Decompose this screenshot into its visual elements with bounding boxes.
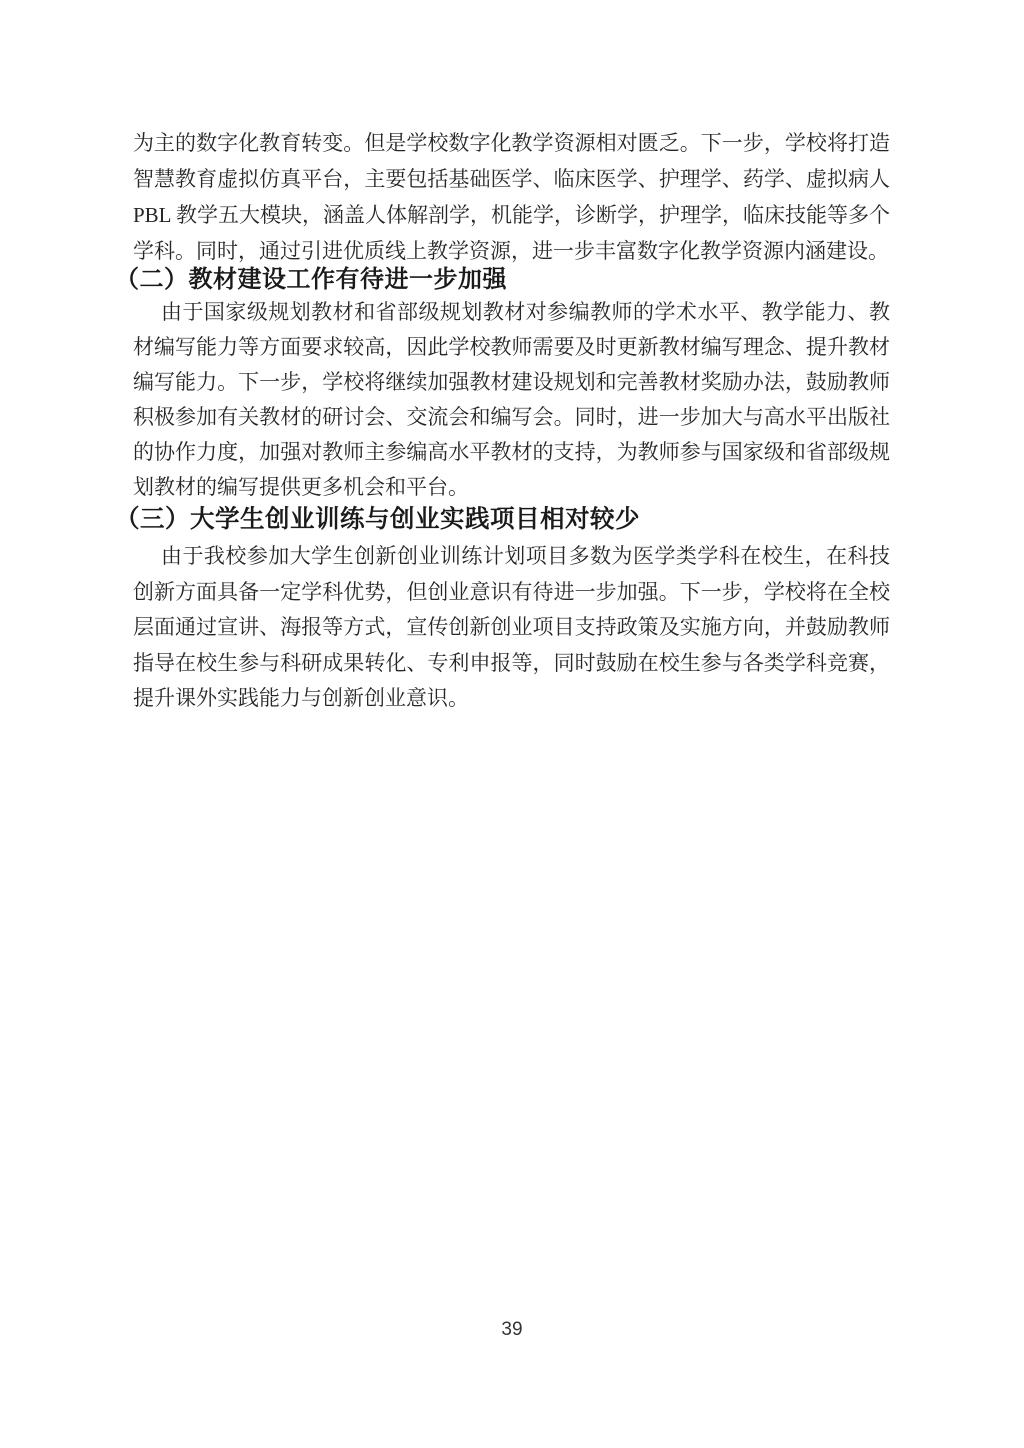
paragraph-line: 材编写能力等方面要求较高，因此学校教师需要及时更新教材编写理念、提升教材 (133, 330, 890, 365)
paragraph-entrepreneurship-projects: 由于我校参加大学生创新创业训练计划项目多数为医学类学科在校生，在科技 创新方面具… (133, 539, 890, 717)
paragraph-line: 为主的数字化教育转变。但是学校数字化教学资源相对匮乏。下一步，学校将打造 (133, 125, 890, 161)
paragraph-line: 层面通过宣讲、海报等方式，宣传创新创业项目支持政策及实施方向，并鼓励教师 (133, 610, 890, 646)
paragraph-line: 指导在校生参与科研成果转化、专利申报等，同时鼓励在校生参与各类学科竞赛， (133, 646, 890, 682)
section-heading-textbook-construction: （二）教材建设工作有待进一步加强 (115, 260, 895, 300)
paragraph-digital-education: 为主的数字化教育转变。但是学校数字化教学资源相对匮乏。下一步，学校将打造 智慧教… (133, 125, 890, 269)
section-heading-entrepreneurship-projects: （三）大学生创业训练与创业实践项目相对较少 (115, 500, 895, 540)
paragraph-line: PBL 教学五大模块，涵盖人体解剖学，机能学，诊断学，护理学，临床技能等多个 (133, 197, 890, 233)
paragraph-line: 由于国家级规划教材和省部级规划教材对参编教师的学术水平、教学能力、教 (133, 295, 890, 330)
paragraph-line: 智慧教育虚拟仿真平台，主要包括基础医学、临床医学、护理学、药学、虚拟病人 (133, 161, 890, 197)
paragraph-textbook-construction: 由于国家级规划教材和省部级规划教材对参编教师的学术水平、教学能力、教 材编写能力… (133, 295, 890, 505)
paragraph-line: 的协作力度，加强对教师主参编高水平教材的支持，为教师参与国家级和省部级规 (133, 435, 890, 470)
page-number: 39 (0, 1317, 1024, 1343)
paragraph-line: 积极参加有关教材的研讨会、交流会和编写会。同时，进一步加大与高水平出版社 (133, 400, 890, 435)
document-page: 为主的数字化教育转变。但是学校数字化教学资源相对匮乏。下一步，学校将打造 智慧教… (0, 0, 1024, 1448)
paragraph-line: 创新方面具备一定学科优势，但创业意识有待进一步加强。下一步，学校将在全校 (133, 575, 890, 611)
paragraph-line: 提升课外实践能力与创新创业意识。 (133, 681, 890, 717)
paragraph-line: 由于我校参加大学生创新创业训练计划项目多数为医学类学科在校生，在科技 (133, 539, 890, 575)
paragraph-line: 编写能力。下一步，学校将继续加强教材建设规划和完善教材奖励办法，鼓励教师 (133, 365, 890, 400)
